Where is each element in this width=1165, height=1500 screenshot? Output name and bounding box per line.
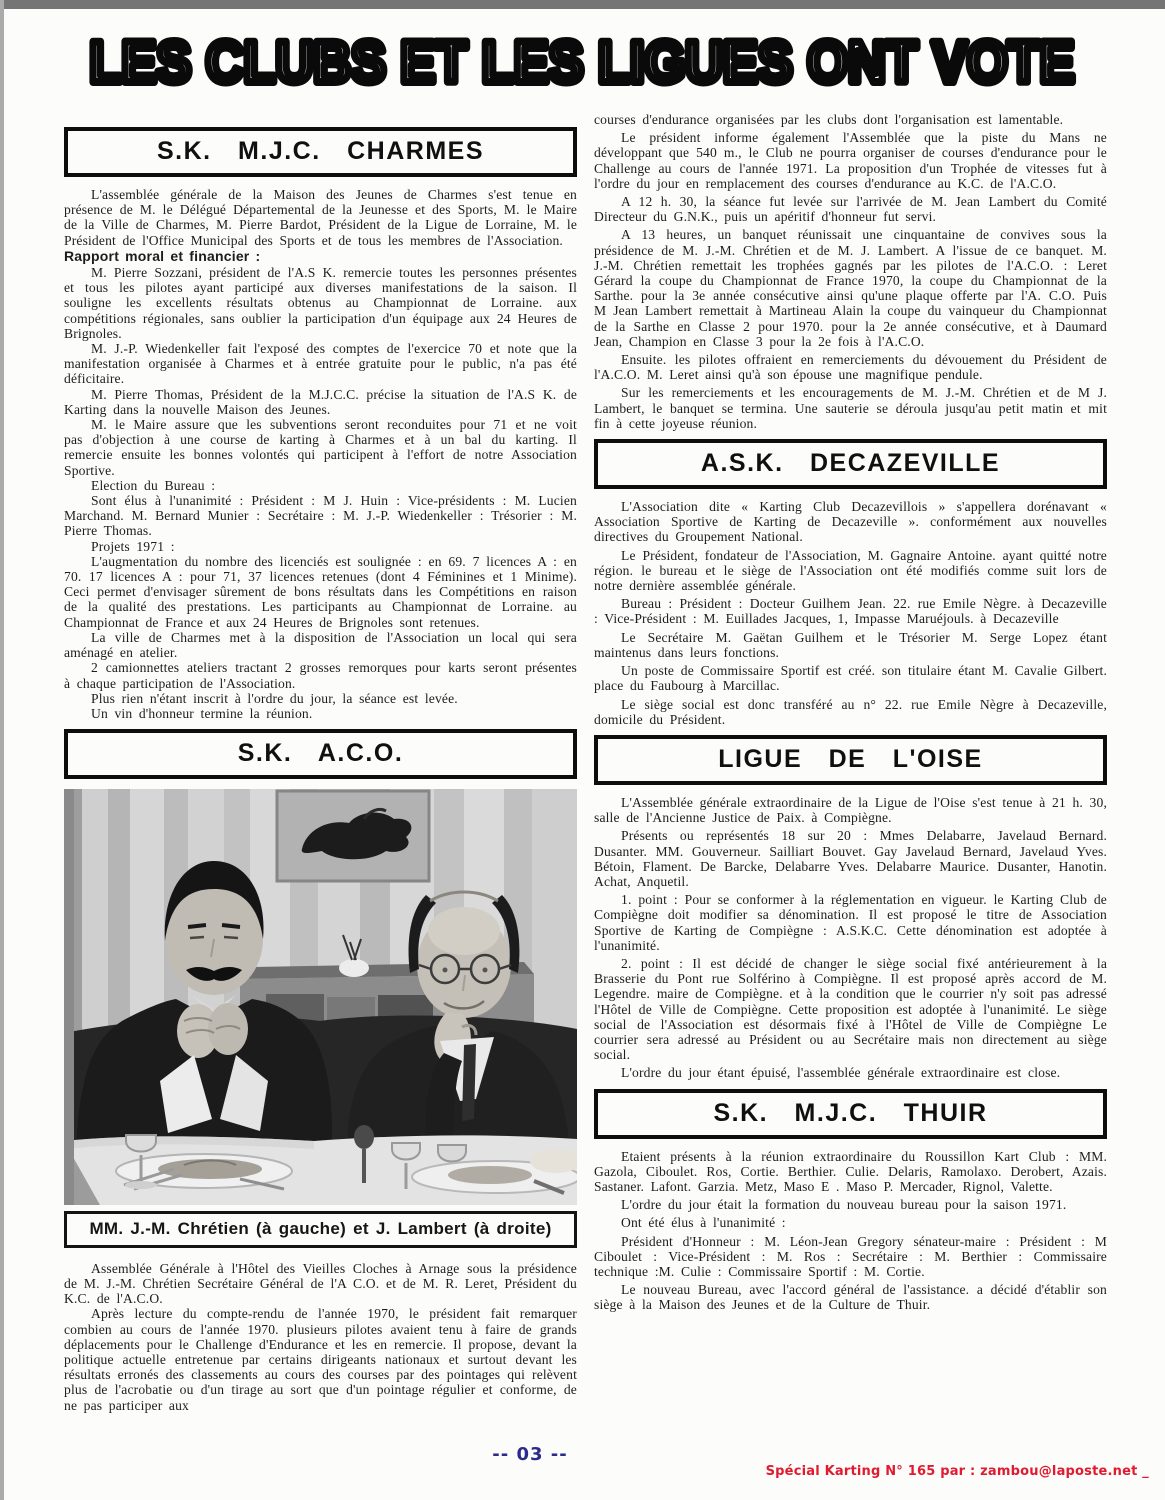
paragraph: L'Association dite « Karting Club Decaze… (594, 499, 1107, 545)
paragraph: Bureau : Président : Docteur Guilhem Jea… (594, 596, 1107, 626)
paragraph: L'assemblée générale de la Maison des Je… (64, 187, 577, 248)
paragraph: L'Assemblée générale extraordinaire de l… (594, 795, 1107, 825)
page-number: -- 03 -- (420, 1444, 640, 1465)
paragraph: L'ordre du jour était la formation du no… (594, 1197, 1107, 1212)
paragraph: Projets 1971 : (64, 539, 577, 554)
paragraph: M. le Maire assure que les subventions s… (64, 417, 577, 478)
paragraph: 2. point : Il est décidé de changer le s… (594, 956, 1107, 1062)
paragraph: Le Président, fondateur de l'Association… (594, 548, 1107, 594)
paragraph: Après lecture du compte-rendu de l'année… (64, 1306, 577, 1412)
paragraph: courses d'endurance organisées par les c… (594, 112, 1107, 127)
photo-edge-shadow (64, 789, 74, 1205)
paragraph: Le nouveau Bureau, avec l'accord général… (594, 1282, 1107, 1312)
page-title: LES CLUBS ET LES LIGUES ONT VOTE (60, 20, 1105, 104)
title-text: LES CLUBS ET LES LIGUES ONT VOTE (90, 30, 1075, 95)
title-art: LES CLUBS ET LES LIGUES ONT VOTE (60, 20, 1105, 104)
paragraph: Etaient présents à la réunion extraordin… (594, 1149, 1107, 1195)
paragraph: Ont été élus à l'unanimité : (594, 1215, 1107, 1230)
section-header-oise: LIGUE DE L'OISE (594, 735, 1107, 785)
section-header-thuir: S.K. M.J.C. THUIR (594, 1089, 1107, 1139)
section-header-charmes: S.K. M.J.C. CHARMES (64, 127, 577, 177)
paragraph: 2 camionnettes ateliers tractant 2 gross… (64, 660, 577, 690)
magazine-page: LES CLUBS ET LES LIGUES ONT VOTE S.K. M.… (0, 0, 1165, 1500)
paragraph: M. J.-P. Wiedenkeller fait l'exposé des … (64, 341, 577, 387)
section-header-aco: S.K. A.C.O. (64, 729, 577, 779)
paragraph: Un vin d'honneur termine la réunion. (64, 706, 577, 721)
banquet-photo (64, 789, 577, 1205)
right-column: courses d'endurance organisées par les c… (594, 112, 1107, 1316)
paragraph: L'augmentation du nombre des licenciés e… (64, 554, 577, 630)
scan-top-edge (0, 0, 1165, 9)
paragraph: Le siège social est donc transféré au n°… (594, 697, 1107, 727)
paragraph: Présents ou représentés 18 sur 20 : Mmes… (594, 828, 1107, 889)
banquet-photo-art (64, 789, 577, 1205)
paragraph: Sur les remerciements et les encourageme… (594, 385, 1107, 431)
paragraph: La ville de Charmes met à la disposition… (64, 630, 577, 660)
photo-caption: MM. J.-M. Chrétien (à gauche) et J. Lamb… (64, 1211, 577, 1248)
photo-wall-picture (277, 791, 429, 881)
subheading-rapport: Rapport moral et financier : (64, 249, 577, 264)
paragraph: Sont élus à l'unanimité : Président : M … (64, 493, 577, 539)
paragraph: M. Pierre Sozzani, président de l'A.S K.… (64, 265, 577, 341)
paragraph: Ensuite. les pilotes offraient en remerc… (594, 352, 1107, 382)
paragraph: Assemblée Générale à l'Hôtel des Vieille… (64, 1261, 577, 1307)
left-column: S.K. M.J.C. CHARMES L'assemblée générale… (64, 127, 577, 1413)
section-header-decazeville: A.S.K. DECAZEVILLE (594, 439, 1107, 489)
paragraph: Le Secrétaire M. Gaëtan Guilhem et le Tr… (594, 630, 1107, 660)
paragraph: A 12 h. 30, la séance fut levée sur l'ar… (594, 194, 1107, 224)
paragraph: Président d'Honneur : M. Léon-Jean Grego… (594, 1234, 1107, 1280)
scan-left-edge (0, 0, 4, 1500)
paragraph: L'ordre du jour étant épuisé, l'assemblé… (594, 1065, 1107, 1080)
paragraph: A 13 heures, un banquet réunissait une c… (594, 227, 1107, 349)
paragraph: Plus rien n'étant inscrit à l'ordre du j… (64, 691, 577, 706)
paragraph: Le président informe également l'Assembl… (594, 130, 1107, 191)
scan-credit: Spécial Karting N° 165 par : zambou@lapo… (766, 1464, 1149, 1479)
paragraph: M. Pierre Thomas, Président de la M.J.C.… (64, 387, 577, 417)
paragraph: Un poste de Commissaire Sportif est créé… (594, 663, 1107, 693)
paragraph: Election du Bureau : (64, 478, 577, 493)
paragraph: 1. point : Pour se conformer à la réglem… (594, 892, 1107, 953)
